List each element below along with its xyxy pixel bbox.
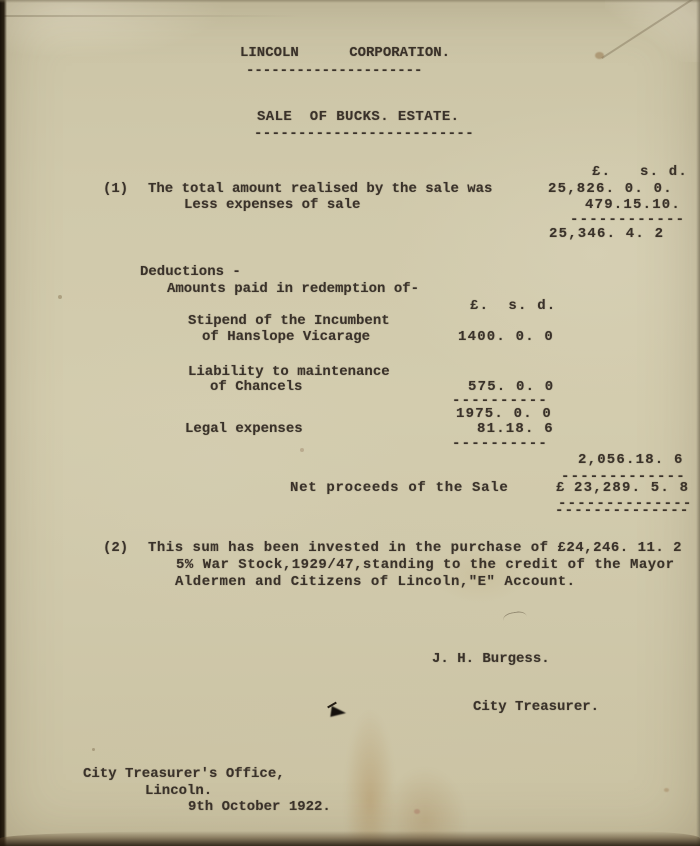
scan-edge-bottom	[0, 831, 700, 846]
scan-edge-right	[696, 0, 700, 846]
typewritten-document-page: LINCOLN CORPORATION. -------------------…	[0, 0, 700, 846]
scan-vignette	[0, 0, 700, 846]
scan-edge-left	[0, 0, 7, 846]
scan-edge-top	[0, 0, 700, 3]
